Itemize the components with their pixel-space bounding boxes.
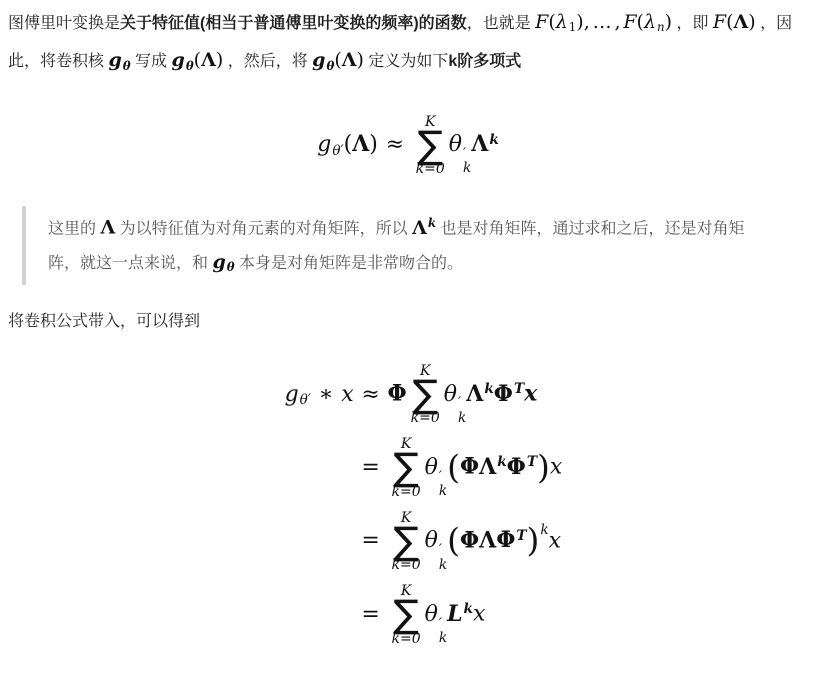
- inline-math: Λk: [412, 217, 436, 239]
- math-token: θ′k: [425, 602, 448, 627]
- inline-math: F(λ1),…,F(λn): [535, 11, 672, 33]
- sigma-glyph: ∑: [393, 525, 419, 558]
- math-token: Λ: [201, 49, 216, 71]
- inline-math: gθ(Λ): [312, 49, 364, 71]
- inline-math: gθ: [108, 49, 130, 71]
- math-token: (: [194, 49, 201, 71]
- subscript: k: [439, 631, 447, 645]
- math-token: (: [726, 11, 733, 33]
- superscript: k: [497, 454, 506, 470]
- equation-row: =K∑k=0θ′kLkx: [254, 584, 563, 645]
- sum-operator: K∑k=0: [391, 437, 420, 498]
- sum-lower-limit: k=0: [416, 162, 445, 176]
- math-token: Φ: [460, 454, 479, 480]
- superscript: T: [527, 454, 537, 470]
- big-paren: ): [537, 448, 550, 487]
- subscript: θ′: [332, 143, 343, 159]
- math-token: gθ′: [285, 382, 311, 407]
- sum-lower-limit: k=0: [391, 558, 420, 572]
- math-token: θ′k: [425, 455, 448, 480]
- equation-rhs: ≈ΦK∑k=0θ′kΛkΦTx: [354, 364, 538, 425]
- sum-operator: K∑k=0: [416, 115, 445, 176]
- inline-math: gθ(Λ): [172, 49, 224, 71]
- math-token: ): [576, 11, 583, 33]
- math-token: gθ′: [317, 132, 343, 157]
- math-token: (: [344, 132, 353, 157]
- math-token: …: [593, 11, 612, 33]
- superscript: T: [516, 528, 526, 544]
- sup-sub-stack: ′k: [458, 396, 466, 425]
- math-token: ≈: [386, 132, 404, 157]
- math-token: ): [537, 455, 550, 480]
- math-token: =: [361, 528, 379, 553]
- math-token: λn: [644, 11, 665, 33]
- math-token: x: [524, 381, 537, 407]
- math-token: ): [216, 49, 223, 71]
- sum-lower-limit: k=0: [411, 411, 440, 425]
- math-token: ,: [584, 11, 590, 33]
- math-token: Λ: [479, 527, 496, 553]
- equation-row: =K∑k=0θ′k(ΦΛΦT)kx: [254, 511, 563, 572]
- sigma-glyph: ∑: [393, 451, 419, 484]
- superscript: ′: [439, 470, 442, 484]
- superscript: ′: [439, 543, 442, 557]
- math-token: Λk: [466, 381, 494, 407]
- math-token: ,: [614, 11, 620, 33]
- superscript: T: [514, 381, 524, 397]
- math-token: Λ: [342, 49, 357, 71]
- subscript: k: [463, 161, 471, 175]
- math-token: gθ: [108, 49, 130, 71]
- math-token: gθ: [312, 49, 334, 71]
- subscript: k: [439, 558, 447, 572]
- inline-math: F(Λ): [713, 11, 756, 33]
- math-token: ): [357, 49, 364, 71]
- sigma-glyph: ∑: [417, 129, 443, 162]
- equation-row: =K∑k=0θ′k(ΦΛkΦT)x: [254, 437, 563, 498]
- math-token: Λ: [100, 217, 115, 239]
- sum-operator: K∑k=0: [391, 511, 420, 572]
- math-token: F: [623, 11, 636, 33]
- equation-lhs: gθ′∗x: [254, 382, 354, 409]
- math-token: F: [535, 11, 548, 33]
- math-token: Lk: [447, 601, 473, 627]
- equation-derivation-block: gθ′∗x≈ΦK∑k=0θ′kΛkΦTx=K∑k=0θ′k(ΦΛkΦT)x=K∑…: [254, 364, 563, 646]
- math-token: x: [473, 602, 485, 627]
- math-token: Λk: [412, 217, 436, 239]
- math-token: (: [447, 455, 460, 480]
- sigma-glyph: ∑: [412, 378, 438, 411]
- equation-rhs: =K∑k=0θ′k(ΦΛkΦT)x: [354, 437, 563, 498]
- sum-operator: K∑k=0: [411, 364, 440, 425]
- big-paren: (: [447, 448, 460, 487]
- math-token: x: [549, 528, 561, 553]
- bold-text: 关于特征值(相当于普通傅里叶变换的频率)的函数: [120, 15, 467, 32]
- math-token: (: [334, 49, 341, 71]
- superscript: k: [540, 522, 548, 538]
- math-token: θ′k: [425, 528, 448, 553]
- math-token: θ′k: [444, 382, 467, 407]
- subscript: θ: [186, 59, 194, 73]
- subscript: k: [458, 411, 466, 425]
- sum-lower-limit: k=0: [391, 632, 420, 646]
- math-token: θ′k: [449, 132, 472, 157]
- math-token: Λ: [734, 11, 749, 33]
- math-token: ΦT: [507, 454, 537, 480]
- subscript: k: [439, 484, 447, 498]
- big-paren: ): [527, 521, 540, 560]
- equation-rhs: =K∑k=0θ′k(ΦΛΦT)kx: [354, 511, 561, 572]
- paragraph-lead-in: 将卷积公式带入，可以得到: [8, 305, 808, 338]
- subscript: θ: [227, 260, 235, 274]
- math-token: ): [369, 132, 378, 157]
- math-token: ): [748, 11, 755, 33]
- paragraph-intro: 图傅里叶变换是关于特征值(相当于普通傅里叶变换的频率)的函数，也就是 F(λ1)…: [8, 6, 808, 83]
- superscript: k: [464, 601, 473, 617]
- note-blockquote: 这里的 Λ 为以特征值为对角元素的对角矩阵，所以 Λk 也是对角矩阵，通过求和之…: [22, 206, 808, 285]
- big-paren: (: [447, 521, 460, 560]
- math-token: F: [713, 11, 726, 33]
- math-token: (: [548, 11, 555, 33]
- sigma-glyph: ∑: [393, 598, 419, 631]
- sup-sub-stack: ′k: [439, 543, 447, 572]
- sup-sub-stack: ′k: [463, 147, 471, 176]
- display-formula-polynomial: gθ′(Λ)≈K∑k=0θ′kΛk: [8, 115, 808, 176]
- superscript: k: [428, 216, 436, 230]
- math-token: ΦT: [494, 381, 524, 407]
- math-token: (: [637, 11, 644, 33]
- sup-sub-stack: ′k: [439, 470, 447, 499]
- math-token: Λ: [352, 131, 369, 157]
- math-token: gθ: [212, 251, 234, 273]
- math-token: λ1: [556, 11, 577, 33]
- math-token: x: [341, 382, 353, 407]
- subscript: θ: [123, 59, 131, 73]
- math-token: Φ: [388, 381, 407, 407]
- math-token: ∗: [319, 382, 334, 407]
- math-token: gθ: [172, 49, 194, 71]
- inline-math: gθ: [212, 251, 234, 273]
- sum-lower-limit: k=0: [391, 485, 420, 499]
- superscript: ′: [458, 396, 461, 410]
- math-token: )k: [527, 528, 549, 553]
- subscript: θ′: [300, 392, 311, 408]
- sum-operator: K∑k=0: [391, 584, 420, 645]
- math-token: Λk: [471, 131, 499, 157]
- math-token: ): [665, 11, 672, 33]
- superscript: k: [484, 381, 493, 397]
- superscript: ′: [439, 617, 442, 631]
- sup-sub-stack: ′k: [439, 617, 447, 646]
- article-content: 图傅里叶变换是关于特征值(相当于普通傅里叶变换的频率)的函数，也就是 F(λ1)…: [0, 0, 820, 646]
- inline-math: Λ: [100, 217, 115, 239]
- superscript: k: [489, 132, 498, 148]
- math-token: Φ: [460, 527, 479, 553]
- math-token: =: [361, 602, 379, 627]
- math-token: (: [447, 528, 460, 553]
- bold-text: k阶多项式: [448, 53, 521, 70]
- subscript: n: [657, 20, 665, 34]
- math-token: Λk: [479, 454, 507, 480]
- equation-row: gθ′∗x≈ΦK∑k=0θ′kΛkΦTx: [254, 364, 563, 425]
- math-token: x: [550, 455, 562, 480]
- formula-gtheta-polynomial: gθ′(Λ)≈K∑k=0θ′kΛk: [317, 132, 499, 157]
- equation-rhs: =K∑k=0θ′kLkx: [354, 584, 486, 645]
- superscript: ′: [463, 147, 466, 161]
- math-token: ΦT: [496, 527, 526, 553]
- math-token: =: [361, 455, 379, 480]
- math-token: ≈: [361, 382, 379, 407]
